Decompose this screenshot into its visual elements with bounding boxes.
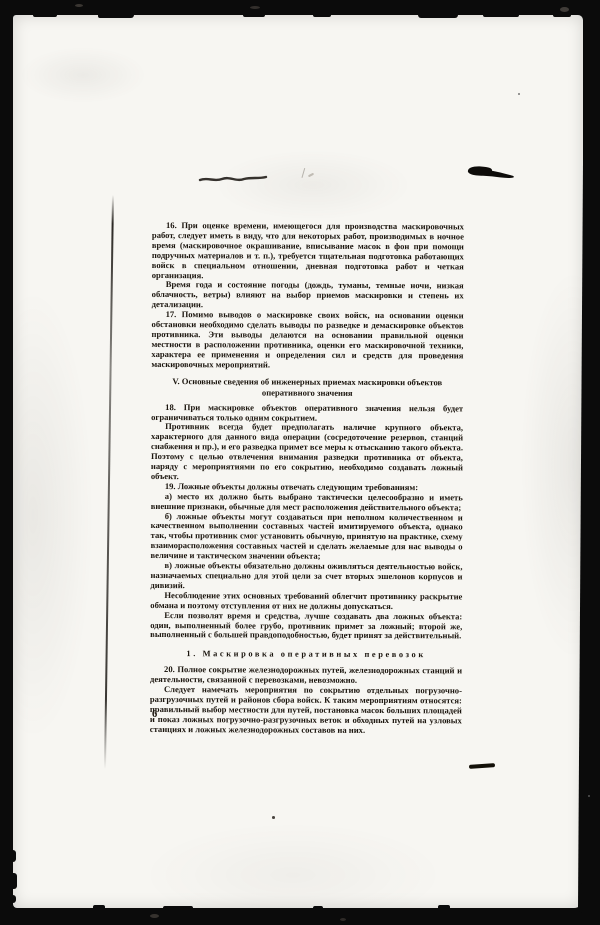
subsection-heading: 1. Маскировка оперативных перевозок <box>150 648 462 660</box>
page-fold-line-artifact <box>104 195 114 769</box>
paragraph-16: 16. При оценке времени, имеющегося для п… <box>152 221 464 282</box>
scan-noise-speck <box>150 914 159 918</box>
section-heading-line1: V. Основные сведения об инженерных прием… <box>151 376 463 388</box>
scanned-document: { "page": { "number": "6" }, "headings":… <box>0 0 600 925</box>
border-ragged-edge <box>438 905 450 909</box>
ink-blob-artifact <box>465 164 517 182</box>
border-ragged-edge <box>12 873 17 889</box>
paragraph-20-measures: Следует намечать мероприятия по сокрытию… <box>150 685 462 736</box>
paragraph-18: 18. При маскировке объектов оперативного… <box>151 403 463 424</box>
ink-dash-artifact <box>469 763 495 769</box>
border-ragged-edge <box>93 905 105 909</box>
page-edge-taper <box>578 15 584 908</box>
border-ragged-edge <box>313 906 323 909</box>
page-number: 6 <box>152 709 157 720</box>
scan-noise-speck <box>75 4 83 7</box>
paragraph-weather: Время года и состояние погоды (дождь, ту… <box>152 280 464 311</box>
border-ragged-edge <box>553 14 571 17</box>
scan-noise-speck <box>518 93 520 95</box>
paragraph-two-objects: Если позволят время и средства, лучше со… <box>150 611 462 642</box>
book-page: 16. При оценке времени, имеющегося для п… <box>13 15 583 908</box>
paragraph-violation: Несоблюдение этих основных требований об… <box>150 591 462 612</box>
pen-squiggle-artifact <box>198 173 268 185</box>
scan-noise-speck <box>560 7 569 12</box>
border-ragged-edge <box>483 14 519 17</box>
border-ragged-edge <box>418 14 458 18</box>
faint-pencil-mark <box>308 173 314 178</box>
border-ragged-edge <box>579 883 584 913</box>
paragraph-19-item-a: а) место их должно быть выбрано тактичес… <box>151 492 463 513</box>
faint-pencil-mark <box>295 166 305 178</box>
section-heading: V. Основные сведения об инженерных прием… <box>151 376 463 399</box>
paragraph-18-enemy: Противник всегда будет предполагать нали… <box>151 422 463 483</box>
border-ragged-edge <box>243 14 265 17</box>
border-ragged-edge <box>12 850 16 862</box>
scan-noise-speck <box>250 6 260 9</box>
section-heading-line2: оперативного значения <box>151 387 463 399</box>
paragraph-20: 20. Полное сокрытие железнодорожных путе… <box>150 665 462 686</box>
border-ragged-edge <box>313 14 331 17</box>
border-ragged-edge <box>12 895 16 903</box>
border-ragged-edge <box>98 14 134 18</box>
paragraph-19-item-b: б) ложные объекты могут создаваться при … <box>151 512 463 563</box>
ink-dot-artifact <box>272 816 275 819</box>
paragraph-19-item-v: в) ложные объекты обязательно должны ожи… <box>150 561 462 592</box>
body-text: 16. При оценке времени, имеющегося для п… <box>150 221 464 736</box>
scanner-background: 16. При оценке времени, имеющегося для п… <box>0 0 600 925</box>
border-ragged-edge <box>33 14 57 17</box>
scan-noise-speck <box>588 795 590 797</box>
border-ragged-edge <box>163 906 193 909</box>
scan-noise-speck <box>340 918 346 921</box>
paragraph-17: 17. Помимо выводов о маскировке своих во… <box>151 310 463 371</box>
